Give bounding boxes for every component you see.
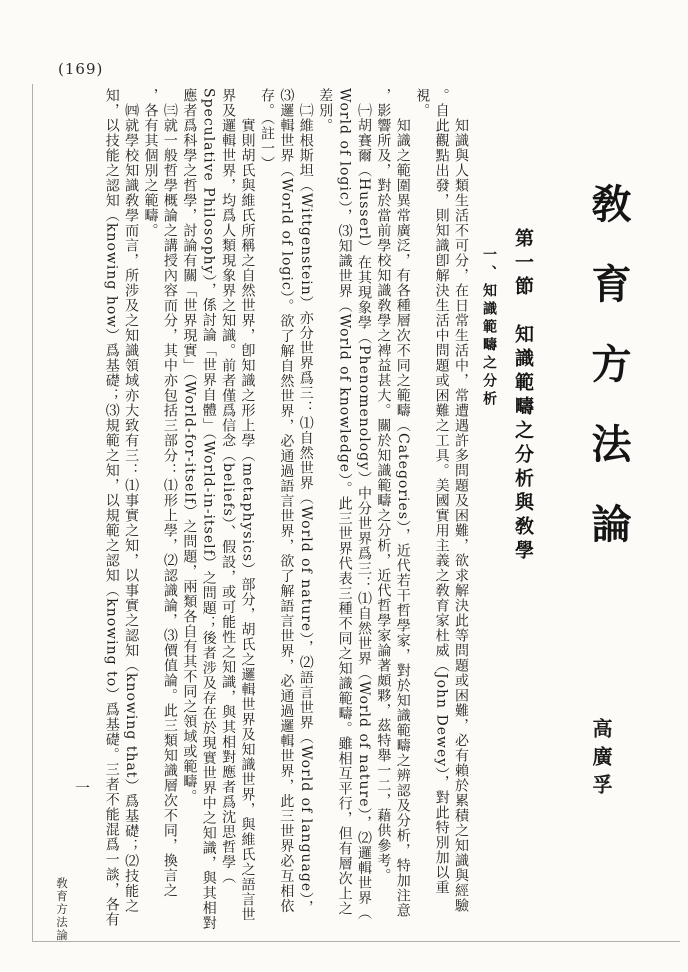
body-column-14: Speculative Philosophy），係討論「世界自體」（World-… [198, 88, 217, 938]
footer-running-title: 敎育方法論 [54, 877, 70, 942]
page-edge-line-bottom [32, 941, 680, 942]
body-column-6: ㈠胡賽爾（Husserl）在其現象學（Phenomenology）中分世界爲三：… [354, 88, 373, 938]
section-heading: 第一節 知識範疇之分析與敎學 [510, 228, 537, 564]
footer-page-number: 一 [72, 780, 93, 795]
body-column-11: 存。（註一） [257, 88, 276, 938]
body-column-13: 界及邏輯世界，均爲人類現象界之知識。前者僅爲信念（beliefs）、假設，或可能… [218, 88, 237, 938]
book-title: 敎育方法論 [580, 183, 637, 583]
body-column-1: 知識與人類生活不可分，在日常生活中，常遭遇許多問題及困難，欲求解決此等問題或困難… [451, 88, 470, 938]
body-column-4: 知識之範圍異常廣泛，有各種層次不同之範疇（Categories），近代若干哲學家… [392, 88, 411, 938]
body-column-10: ⑶邏輯世界（World of logic）。欲了解自然世界，必通過語言世界，欲了… [276, 88, 295, 938]
body-column-5: ，影響所及，對於當前學校知識敎學之裨益甚大。關於知識範疇之分析，近代哲學家論著頗… [373, 88, 392, 938]
body-column-18: ㈣就學校知識敎學而言，所涉及之知識領域亦大致有三：⑴事實之知，以事實之認知（kn… [121, 88, 140, 938]
header-page-number: (169) [58, 60, 103, 78]
body-column-17: ，各有其個別之範疇。 [140, 88, 159, 938]
body-column-2: 。自此觀點出發，則知識卽解決生活中問題或困難之工具。美國實用主義之敎育家杜威（J… [431, 88, 450, 938]
body-column-15: 應者爲科學之哲學，討論有關「世界現實」（World-for-itself）之問題… [179, 88, 198, 938]
author-name: 高廣孚 [587, 718, 616, 802]
body-column-12: 實則胡氏與維氏所稱之自然世界，卽知識之形上學（metaphysics）部分，胡氏… [237, 88, 256, 938]
body-column-3: 視。 [412, 88, 431, 938]
body-column-9: ㈡維根斯坦（Wittgenstein）亦分世界爲三：⑴自然世界（World of… [295, 88, 314, 938]
body-column-16: ㈢就一般哲學概論之講授內容而分，其中亦包括三部分：⑴形上學，⑵認識論，⑶價值論。… [160, 88, 179, 938]
subsection-heading: 一、知識範疇之分析 [479, 247, 499, 409]
body-column-7: World of logic），⑶知識世界（World of knowledge… [334, 88, 353, 938]
page-edge-line-left [32, 84, 33, 942]
body-text: 知識與人類生活不可分，在日常生活中，常遭遇許多問題及困難，欲求解決此等問題或困難… [101, 88, 470, 938]
body-column-19: 知，以技能之認知（knowing how）爲基礎；⑶規範之知，以規範之認知（kn… [101, 88, 120, 938]
book-page: (169) 敎育方法論 高廣孚 第一節 知識範疇之分析與敎學 一、知識範疇之分析… [0, 0, 688, 972]
body-column-8: 差別。 [315, 88, 334, 938]
